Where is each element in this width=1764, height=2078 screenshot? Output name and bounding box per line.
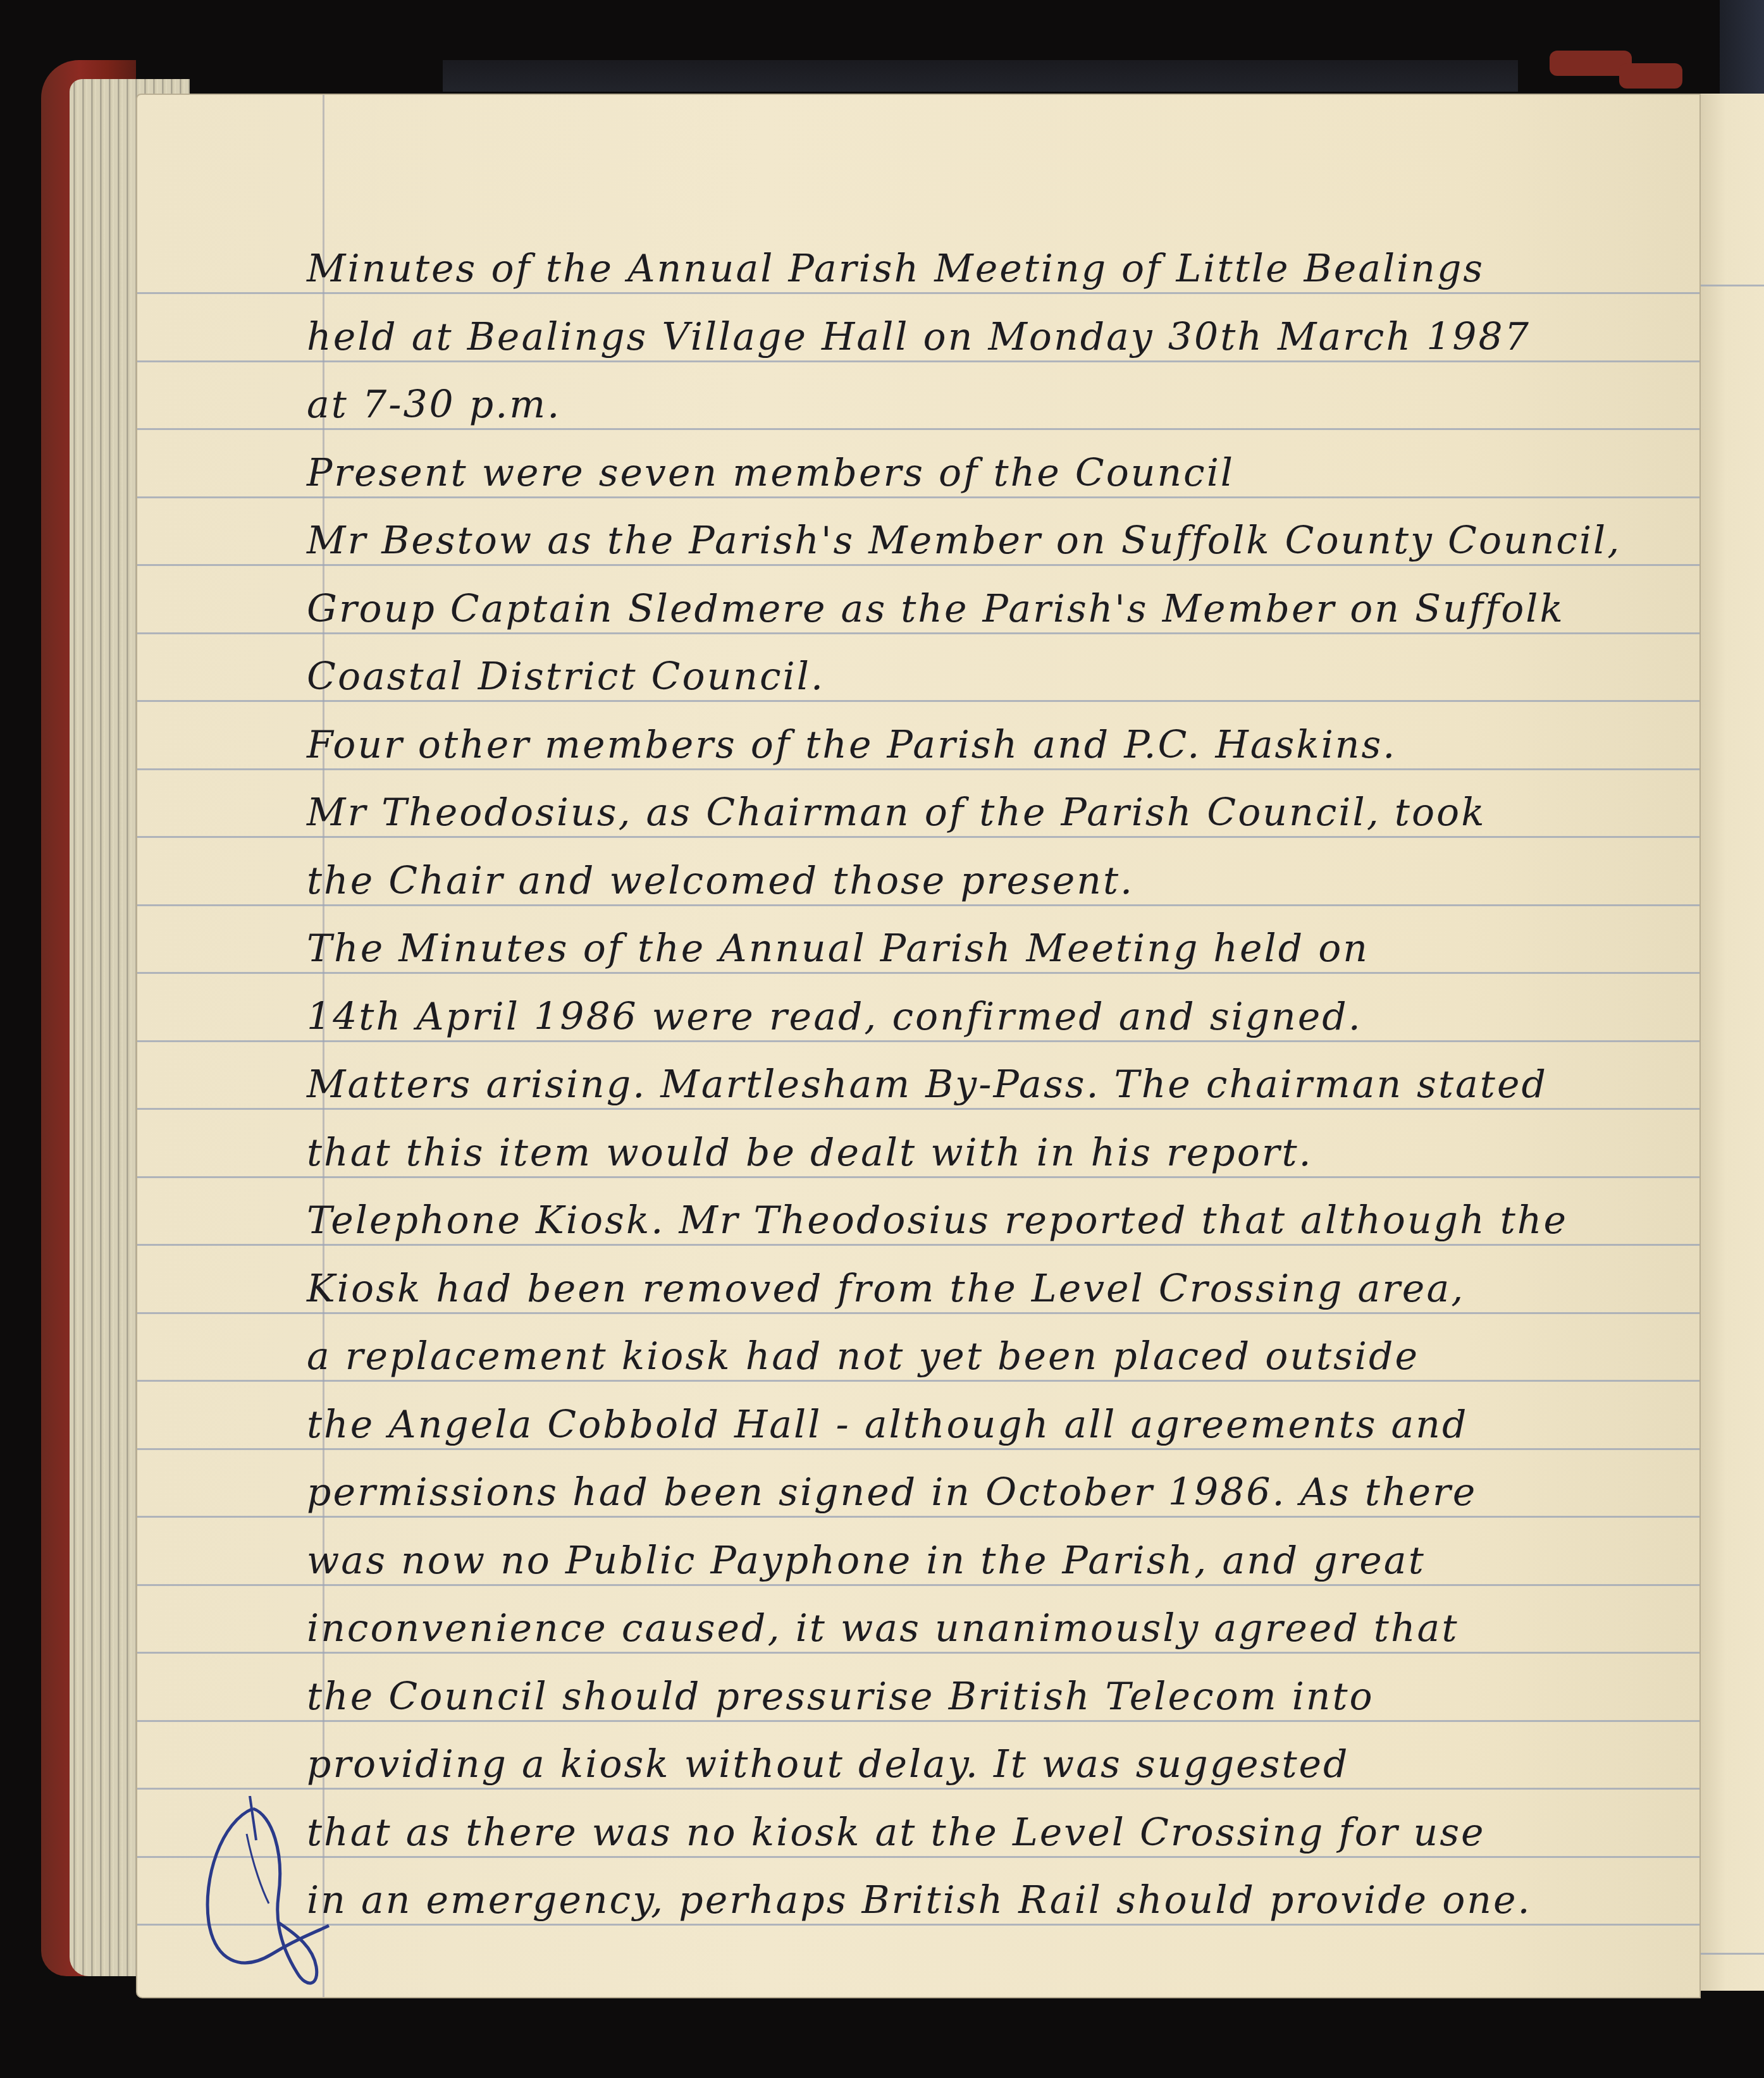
minutes-line: inconvenience caused, it was unanimously… — [307, 1595, 1698, 1663]
line-text: held at Bealings Village Hall on Monday … — [307, 304, 1531, 372]
line-text: Group Captain Sledmere as the Parish's M… — [307, 575, 1565, 644]
line-text: was now no Public Payphone in the Parish… — [307, 1527, 1426, 1595]
book-cover-top — [443, 60, 1518, 92]
minutes-line: Kiosk had been removed from the Level Cr… — [307, 1255, 1698, 1324]
minutes-line: Mr Bestow as the Parish's Member on Suff… — [307, 507, 1698, 575]
minutes-line: The Minutes of the Annual Parish Meeting… — [307, 915, 1698, 983]
book-cover-right — [1720, 0, 1764, 101]
line-text: the Angela Cobbold Hall - although all a… — [307, 1391, 1468, 1460]
line-text: Mr Bestow as the Parish's Member on Suff… — [307, 507, 1621, 575]
minutes-line: providing a kiosk without delay. It was … — [307, 1731, 1698, 1799]
minutes-line: was now no Public Payphone in the Parish… — [307, 1527, 1698, 1595]
minutes-line: the Angela Cobbold Hall - although all a… — [307, 1391, 1698, 1460]
minutes-line: the Council should pressurise British Te… — [307, 1663, 1698, 1731]
margin-initials-annotation — [202, 1796, 361, 2005]
minutes-line: a replacement kiosk had not yet been pla… — [307, 1323, 1698, 1391]
ruled-line — [1699, 1953, 1764, 1955]
ruled-line — [1699, 285, 1764, 286]
line-text: Present were seven members of the Counci… — [307, 440, 1235, 508]
line-text: that this item would be dealt with in hi… — [307, 1119, 1313, 1188]
line-text: in an emergency, perhaps British Rail sh… — [307, 1867, 1532, 1935]
minutes-line: Matters arising. Martlesham By-Pass. The… — [307, 1051, 1698, 1119]
line-text: the Council should pressurise British Te… — [307, 1663, 1374, 1731]
minutes-line: Telephone Kiosk. Mr Theodosius reported … — [307, 1187, 1698, 1255]
line-text: that as there was no kiosk at the Level … — [307, 1799, 1486, 1867]
handwritten-minutes: Minutes of the Annual Parish Meeting of … — [307, 235, 1698, 1935]
line-text: Matters arising. Martlesham By-Pass. The… — [307, 1051, 1548, 1119]
binding-tear — [1619, 63, 1682, 89]
initials-mark-icon — [202, 1796, 361, 2005]
line-text: Mr Theodosius, as Chairman of the Parish… — [307, 779, 1486, 847]
minutes-line: held at Bealings Village Hall on Monday … — [307, 304, 1698, 372]
line-text: a replacement kiosk had not yet been pla… — [307, 1323, 1419, 1391]
line-text: 14th April 1986 were read, confirmed and… — [307, 983, 1362, 1052]
minutes-line: Group Captain Sledmere as the Parish's M… — [307, 575, 1698, 644]
minutes-line: Four other members of the Parish and P.C… — [307, 711, 1698, 780]
line-text: inconvenience caused, it was unanimously… — [307, 1595, 1459, 1663]
line-text: providing a kiosk without delay. It was … — [307, 1731, 1349, 1799]
facing-page-edge — [1698, 94, 1764, 1991]
minutes-line: Present were seven members of the Counci… — [307, 440, 1698, 508]
line-text: permissions had been signed in October 1… — [307, 1459, 1477, 1527]
minutes-line: the Chair and welcomed those present. — [307, 847, 1698, 916]
line-text: The Minutes of the Annual Parish Meeting… — [307, 915, 1369, 983]
line-text: the Chair and welcomed those present. — [307, 847, 1134, 916]
minutes-line: at 7-30 p.m. — [307, 371, 1698, 440]
line-text: Coastal District Council. — [307, 643, 825, 711]
line-text: Minutes of the Annual Parish Meeting of … — [307, 235, 1484, 304]
line-text: at 7-30 p.m. — [307, 371, 561, 440]
minutes-line: permissions had been signed in October 1… — [307, 1459, 1698, 1527]
minutes-line: Minutes of the Annual Parish Meeting of … — [307, 235, 1698, 304]
minutes-line: that as there was no kiosk at the Level … — [307, 1799, 1698, 1867]
line-text: Kiosk had been removed from the Level Cr… — [307, 1255, 1465, 1324]
minutes-line: that this item would be dealt with in hi… — [307, 1119, 1698, 1188]
line-text: Telephone Kiosk. Mr Theodosius reported … — [307, 1187, 1568, 1255]
minutes-line: 14th April 1986 were read, confirmed and… — [307, 983, 1698, 1052]
minutes-line: Mr Theodosius, as Chairman of the Parish… — [307, 779, 1698, 847]
minutes-line: Coastal District Council. — [307, 643, 1698, 711]
minutes-line: in an emergency, perhaps British Rail sh… — [307, 1867, 1698, 1935]
line-text: Four other members of the Parish and P.C… — [307, 711, 1397, 780]
